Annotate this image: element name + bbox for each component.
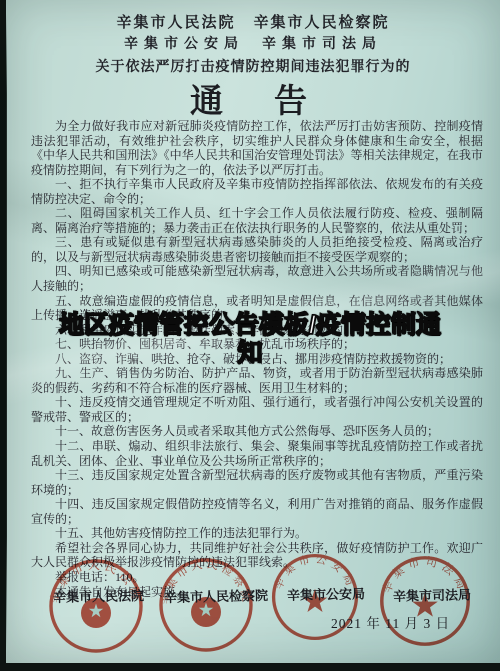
seal-label-public-security: 辛集市公安局 — [287, 583, 365, 604]
header-org-line-2: 辛集市公安局辛集市司法局 — [6, 34, 500, 56]
seal-label-procuratorate: 辛集市人民检察院 — [164, 585, 268, 606]
notice-paragraph: 四、明知已感染或可能感染新型冠状病毒，故意进入公共场所或者隐瞒情况与他人接触的； — [31, 264, 483, 293]
notice-paragraph: 十四、违反国家规定假借防控疫情等名义，利用广告对推销的商品、服务作虚假宣传的； — [31, 497, 483, 526]
notice-paragraph: 三、患有或疑似患有新型冠状病毒感染肺炎的人员拒绝接受检疫、隔离或治疗的，以及与新… — [31, 235, 483, 264]
justice-bureau-name: 辛集市司法局 — [262, 37, 382, 52]
notice-photo: 辛集市人民法院辛集市人民检察院 辛集市公安局辛集市司法局 关于依法严厉打击疫情防… — [0, 0, 500, 671]
watermark-text: 地区疫情管控公告模板/疫情控制通知 — [48, 311, 453, 367]
official-seal-court: 辛集市人民法院 — [46, 556, 146, 656]
issue-date: 2021 年 11 月 3 日 — [331, 612, 450, 632]
court-name: 辛集市人民法院 — [116, 15, 235, 31]
notice-footer: 辛集市人民法院 辛集市人民检察院 辛集市公安局 — [6, 548, 500, 663]
header-org-line-1: 辛集市人民法院辛集市人民检察院 — [6, 12, 500, 34]
public-security-bureau-name: 辛集市公安局 — [124, 37, 244, 52]
notice-title: 通 告 — [6, 81, 500, 123]
seal-label-justice: 辛集市司法局 — [393, 584, 471, 605]
notice-paragraph: 十二、串联、煽动、组织非法旅行、集会、聚集闹事等扰乱疫情防控工作或者扰乱机关、团… — [31, 439, 483, 468]
procuratorate-name: 辛集市人民检察院 — [254, 15, 390, 31]
notice-subject-line: 关于依法严厉打击疫情防控期间违法犯罪行为的 — [6, 56, 500, 79]
notice-paragraph: 一、拒不执行辛集市人民政府及辛集市疫情防控指挥部依法、依规发布的有关疫情防控决定… — [31, 177, 483, 206]
notice-paragraph: 十、违反疫情交通管理规定不听劝阻、强行通行，或者强行冲闯公安机关设置的警戒带、警… — [31, 395, 483, 424]
notice-paragraph: 十一、故意伤害医务人员或者采取其他方式公然侮辱、恐吓医务人员的； — [31, 424, 483, 439]
notice-paragraph: 为全力做好我市应对新冠肺炎疫情防控工作，依法严厉打击妨害预防、控制疫情违法犯罪活… — [31, 119, 483, 177]
notice-paragraph: 十五、其他妨害疫情防控工作的违法犯罪行为。 — [31, 526, 483, 541]
notice-header: 辛集市人民法院辛集市人民检察院 辛集市公安局辛集市司法局 关于依法严厉打击疫情防… — [6, 12, 500, 123]
notice-paragraph: 二、阻碍国家机关工作人员、红十字会工作人员依法履行防疫、检疫、强制隔离、隔离治疗… — [31, 206, 483, 235]
seal-label-court: 辛集市人民法院 — [53, 585, 144, 606]
notice-paragraph: 九、生产、销售伪劣防治、防护产品、物资，或者用于防治新型冠状病毒感染肺炎的假药、… — [31, 366, 483, 395]
watermark-caption: 地区疫情管控公告模板/疫情控制通知 — [0, 311, 500, 367]
notice-paragraph: 十三、违反国家规定处置含新型冠状病毒的医疗废物或其他有害物质，严重污染环境的； — [31, 468, 483, 497]
